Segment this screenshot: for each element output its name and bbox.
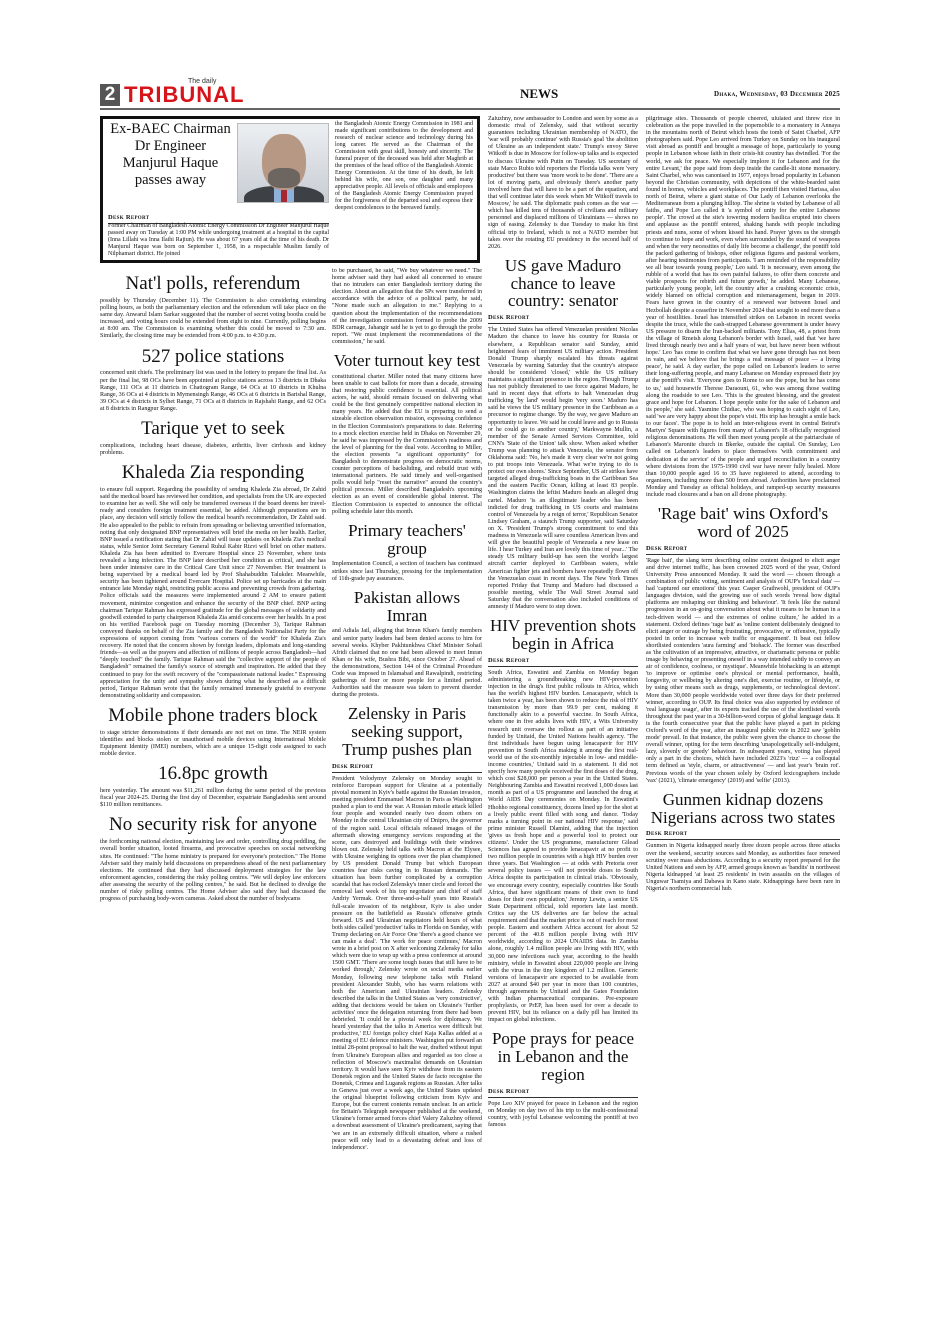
article-body: President Volodymyr Zelensky on Monday s… — [332, 776, 482, 1152]
logo: The daily TRIBUNAL — [124, 84, 244, 106]
headline-imran: Pakistan allows Imran — [332, 589, 482, 625]
article-body: pilgrimage sites. Thousands of people ch… — [646, 116, 840, 499]
headline-nigeria: Gunmen kidnap dozens Nigerians across tw… — [646, 791, 840, 827]
byline: Desk Report — [488, 1088, 638, 1098]
article-body: South Africa, Eswatini and Zambia on Mon… — [488, 670, 638, 1025]
page-number: 2 — [100, 84, 120, 106]
article-body: Implementation Council, a section of tea… — [332, 561, 482, 582]
obituary-body: Former Chairman of Bangladesh Atomic Ene… — [108, 223, 329, 258]
article-body: here yesterday. The amount was $11,261 m… — [100, 788, 326, 809]
headline-zelensky: Zelensky in Paris seeking support, Trump… — [332, 705, 482, 759]
headline-ragebait: 'Rage bait' wins Oxford's word of 2025 — [646, 505, 840, 541]
article-body: concerned unit chiefs. The preliminary l… — [100, 370, 326, 413]
columns: Ex-BAEC Chairman Dr Engineer Manjurul Ha… — [100, 116, 840, 1326]
column-3: Zaluzhny, now ambassador to London and s… — [488, 116, 638, 1326]
logo-tagline: The daily — [188, 78, 216, 85]
masthead-rule — [100, 108, 840, 110]
byline: Desk Report — [646, 830, 840, 840]
byline: Desk Report — [332, 763, 482, 773]
article-body: Zaluzhny, now ambassador to London and s… — [488, 116, 638, 251]
section-title: NEWS — [520, 86, 558, 102]
headline-police: 527 police stations — [100, 347, 326, 367]
article-body: to be purchased, he said, "We buy whatev… — [332, 268, 482, 346]
article-body: possibly by Thursday (December 11). The … — [100, 298, 326, 341]
byline: Desk Report — [488, 657, 638, 667]
masthead: 2 The daily TRIBUNAL NEWS Dhaka, Wednesd… — [100, 84, 840, 110]
article-body: and Adiala Jail, alleging that Imran Kha… — [332, 628, 482, 699]
obituary-box: Ex-BAEC Chairman Dr Engineer Manjurul Ha… — [100, 116, 480, 263]
portrait-photo — [237, 123, 329, 203]
article-body: 'Rage bait', the slang term describing o… — [646, 558, 840, 785]
article-body: The United States has offered Venezuelan… — [488, 327, 638, 611]
article-body: complications, including heart disease, … — [100, 443, 326, 457]
column-2: to be purchased, he said, "We buy whatev… — [332, 268, 482, 1326]
column-1: Nat'l polls, referendum possibly by Thur… — [100, 268, 326, 1326]
headline-teachers: Primary teachers' group — [332, 522, 482, 558]
headline-pope: Pope prays for peace in Lebanon and the … — [488, 1030, 638, 1084]
headline-security: No security risk for anyone — [100, 815, 326, 835]
column-4: pilgrimage sites. Thousands of people ch… — [646, 116, 840, 1326]
obituary-body-cont: the Bangladesh Atomic Energy Commission … — [335, 121, 473, 212]
byline: Desk Report — [646, 545, 840, 555]
headline-tarique: Tarique yet to seek — [100, 419, 326, 439]
byline: Desk Report — [488, 314, 638, 324]
headline-growth: 16.8pc growth — [100, 764, 326, 784]
newspaper-page: 2 The daily TRIBUNAL NEWS Dhaka, Wednesd… — [100, 84, 840, 110]
headline-polls: Nat'l polls, referendum — [100, 274, 326, 294]
article-body: Gunmen in Nigeria kidnapped nearly three… — [646, 843, 840, 893]
article-body: Pope Leo XIV prayed for peace in Lebanon… — [488, 1101, 638, 1129]
obituary-headline: Ex-BAEC Chairman Dr Engineer Manjurul Ha… — [108, 121, 233, 189]
headline-maduro: US gave Maduro chance to leave country: … — [488, 257, 638, 311]
headline-turnout: Voter turnout key test — [332, 352, 482, 370]
dateline: Dhaka, Wednesday, 03 December 2025 — [714, 90, 840, 98]
article-body: to ensure full support. Regarding the po… — [100, 487, 326, 700]
article-body: the forthcoming national election, maint… — [100, 839, 326, 903]
headline-mobile: Mobile phone traders block — [100, 706, 326, 726]
headline-khaleda: Khaleda Zia responding — [100, 463, 326, 483]
logo-text: TRIBUNAL — [124, 82, 244, 107]
article-body: constitutional charter. Miller noted tha… — [332, 374, 482, 516]
headline-hiv: HIV prevention shots begin in Africa — [488, 617, 638, 653]
article-body: to stage stricter demonstrations if thei… — [100, 730, 326, 758]
